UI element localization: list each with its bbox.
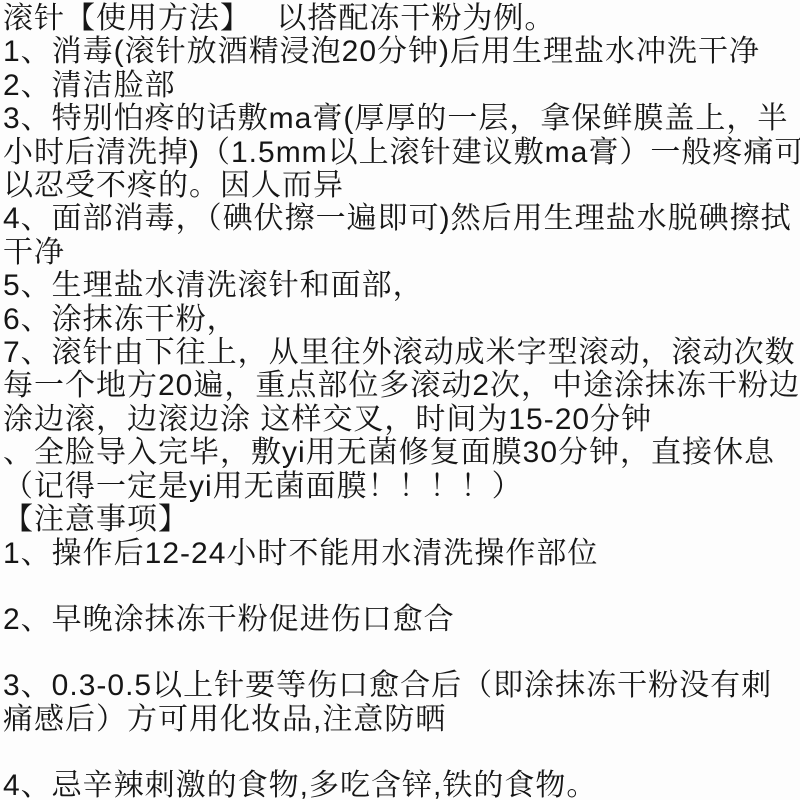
text-line: 1、消毒(滚针放酒精浸泡20分钟)后用生理盐水冲洗干净: [3, 35, 800, 68]
document-body: 滚针【使用方法】 以搭配冻干粉为例。1、消毒(滚针放酒精浸泡20分钟)后用生理盐…: [0, 0, 800, 800]
page: { "page": { "background_color": "#fdfdfd…: [0, 0, 800, 800]
text-line: 痛感后）方可用化妆品,注意防晒: [3, 703, 800, 736]
text-line: 、全脸导入完毕，敷yi用无菌修复面膜30分钟，直接休息: [3, 436, 800, 469]
text-line: （记得一定是yi用无菌面膜！！！！）: [3, 470, 800, 503]
text-line: 【注意事项】: [3, 503, 800, 536]
text-line: 涂边滚，边滚边涂 这样交叉，时间为15-20分钟: [3, 403, 800, 436]
text-line: 5、生理盐水清洗滚针和面部，: [3, 269, 800, 302]
text-line: 7、滚针由下往上，从里往外滚动成米字型滚动，滚动次数: [3, 336, 800, 369]
text-line: 2、早晚涂抹冻干粉促进伤口愈合: [3, 603, 800, 636]
text-line: 滚针【使用方法】 以搭配冻干粉为例。: [3, 2, 800, 35]
text-line: 6、涂抹冻干粉，: [3, 303, 800, 336]
text-line: 小时后清洗掉)（1.5mm以上滚针建议敷ma膏）一般疼痛可: [3, 136, 800, 169]
text-line: 3、特别怕疼的话敷ma膏(厚厚的一层，拿保鲜膜盖上，半: [3, 102, 800, 135]
text-line: 以忍受不疼的。因人而异: [3, 169, 800, 202]
text-line: 1、操作后12-24小时不能用水清洗操作部位: [3, 537, 800, 570]
text-line: 干净: [3, 236, 800, 269]
text-line: 2、清洁脸部: [3, 69, 800, 102]
text-line: 每一个地方20遍，重点部位多滚动2次，中途涂抹冻干粉边: [3, 369, 800, 402]
text-line: 4、面部消毒，（碘伏擦一遍即可)然后用生理盐水脱碘擦拭: [3, 202, 800, 235]
text-line: 3、0.3-0.5以上针要等伤口愈合后（即涂抹冻干粉没有刺: [3, 669, 800, 702]
text-line: 4、忌辛辣刺激的食物,多吃含锌,铁的食物。: [3, 769, 800, 800]
